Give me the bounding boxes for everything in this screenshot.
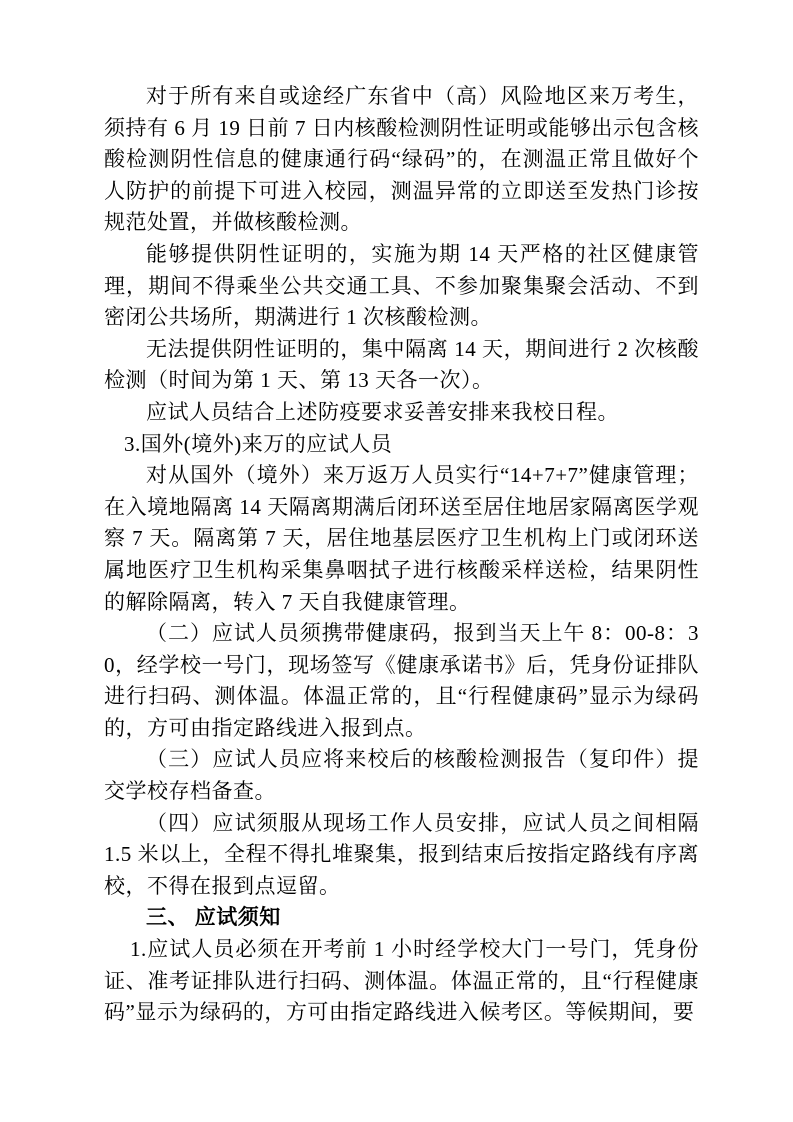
document-page: 对于所有来自或途经广东省中（高）风险地区来万考生，须持有 6 月 19 日前 7… [0,0,793,1122]
heading-exam-notice: 三、 应试须知 [104,902,699,934]
subheading-overseas-candidates: 3.国外(境外)来万的应试人员 [104,429,699,461]
para-schedule-advice: 应试人员结合上述防疫要求妥善安排来我校日程。 [104,397,699,429]
para-risk-area-requirements: 对于所有来自或途经广东省中（高）风险地区来万考生，须持有 6 月 19 日前 7… [104,81,699,239]
para-submit-test-report: （三）应试人员应将来校后的核酸检测报告（复印件）提交学校存档备查。 [104,744,699,807]
para-overseas-quarantine-policy: 对从国外（境外）来万返万人员实行“14+7+7”健康管理；在入境地隔离 14 天… [104,460,699,618]
para-checkin-health-code: （二）应试人员须携带健康码，报到当天上午 8：00-8：30，经学校一号门，现场… [104,618,699,744]
para-negative-proof-provided: 能够提供阴性证明的，实施为期 14 天严格的社区健康管理，期间不得乘坐公共交通工… [104,239,699,334]
para-no-negative-proof: 无法提供阴性证明的，集中隔离 14 天，期间进行 2 次核酸检测（时间为第 1 … [104,334,699,397]
para-onsite-arrangement: （四）应试须服从现场工作人员安排，应试人员之间相隔 1.5 米以上，全程不得扎堆… [104,808,699,903]
document-body: 对于所有来自或途经广东省中（高）风险地区来万考生，须持有 6 月 19 日前 7… [104,81,699,1029]
para-exam-entry-procedure: 1.应试人员必须在开考前 1 小时经学校大门一号门，凭身份证、准考证排队进行扫码… [104,934,699,1029]
